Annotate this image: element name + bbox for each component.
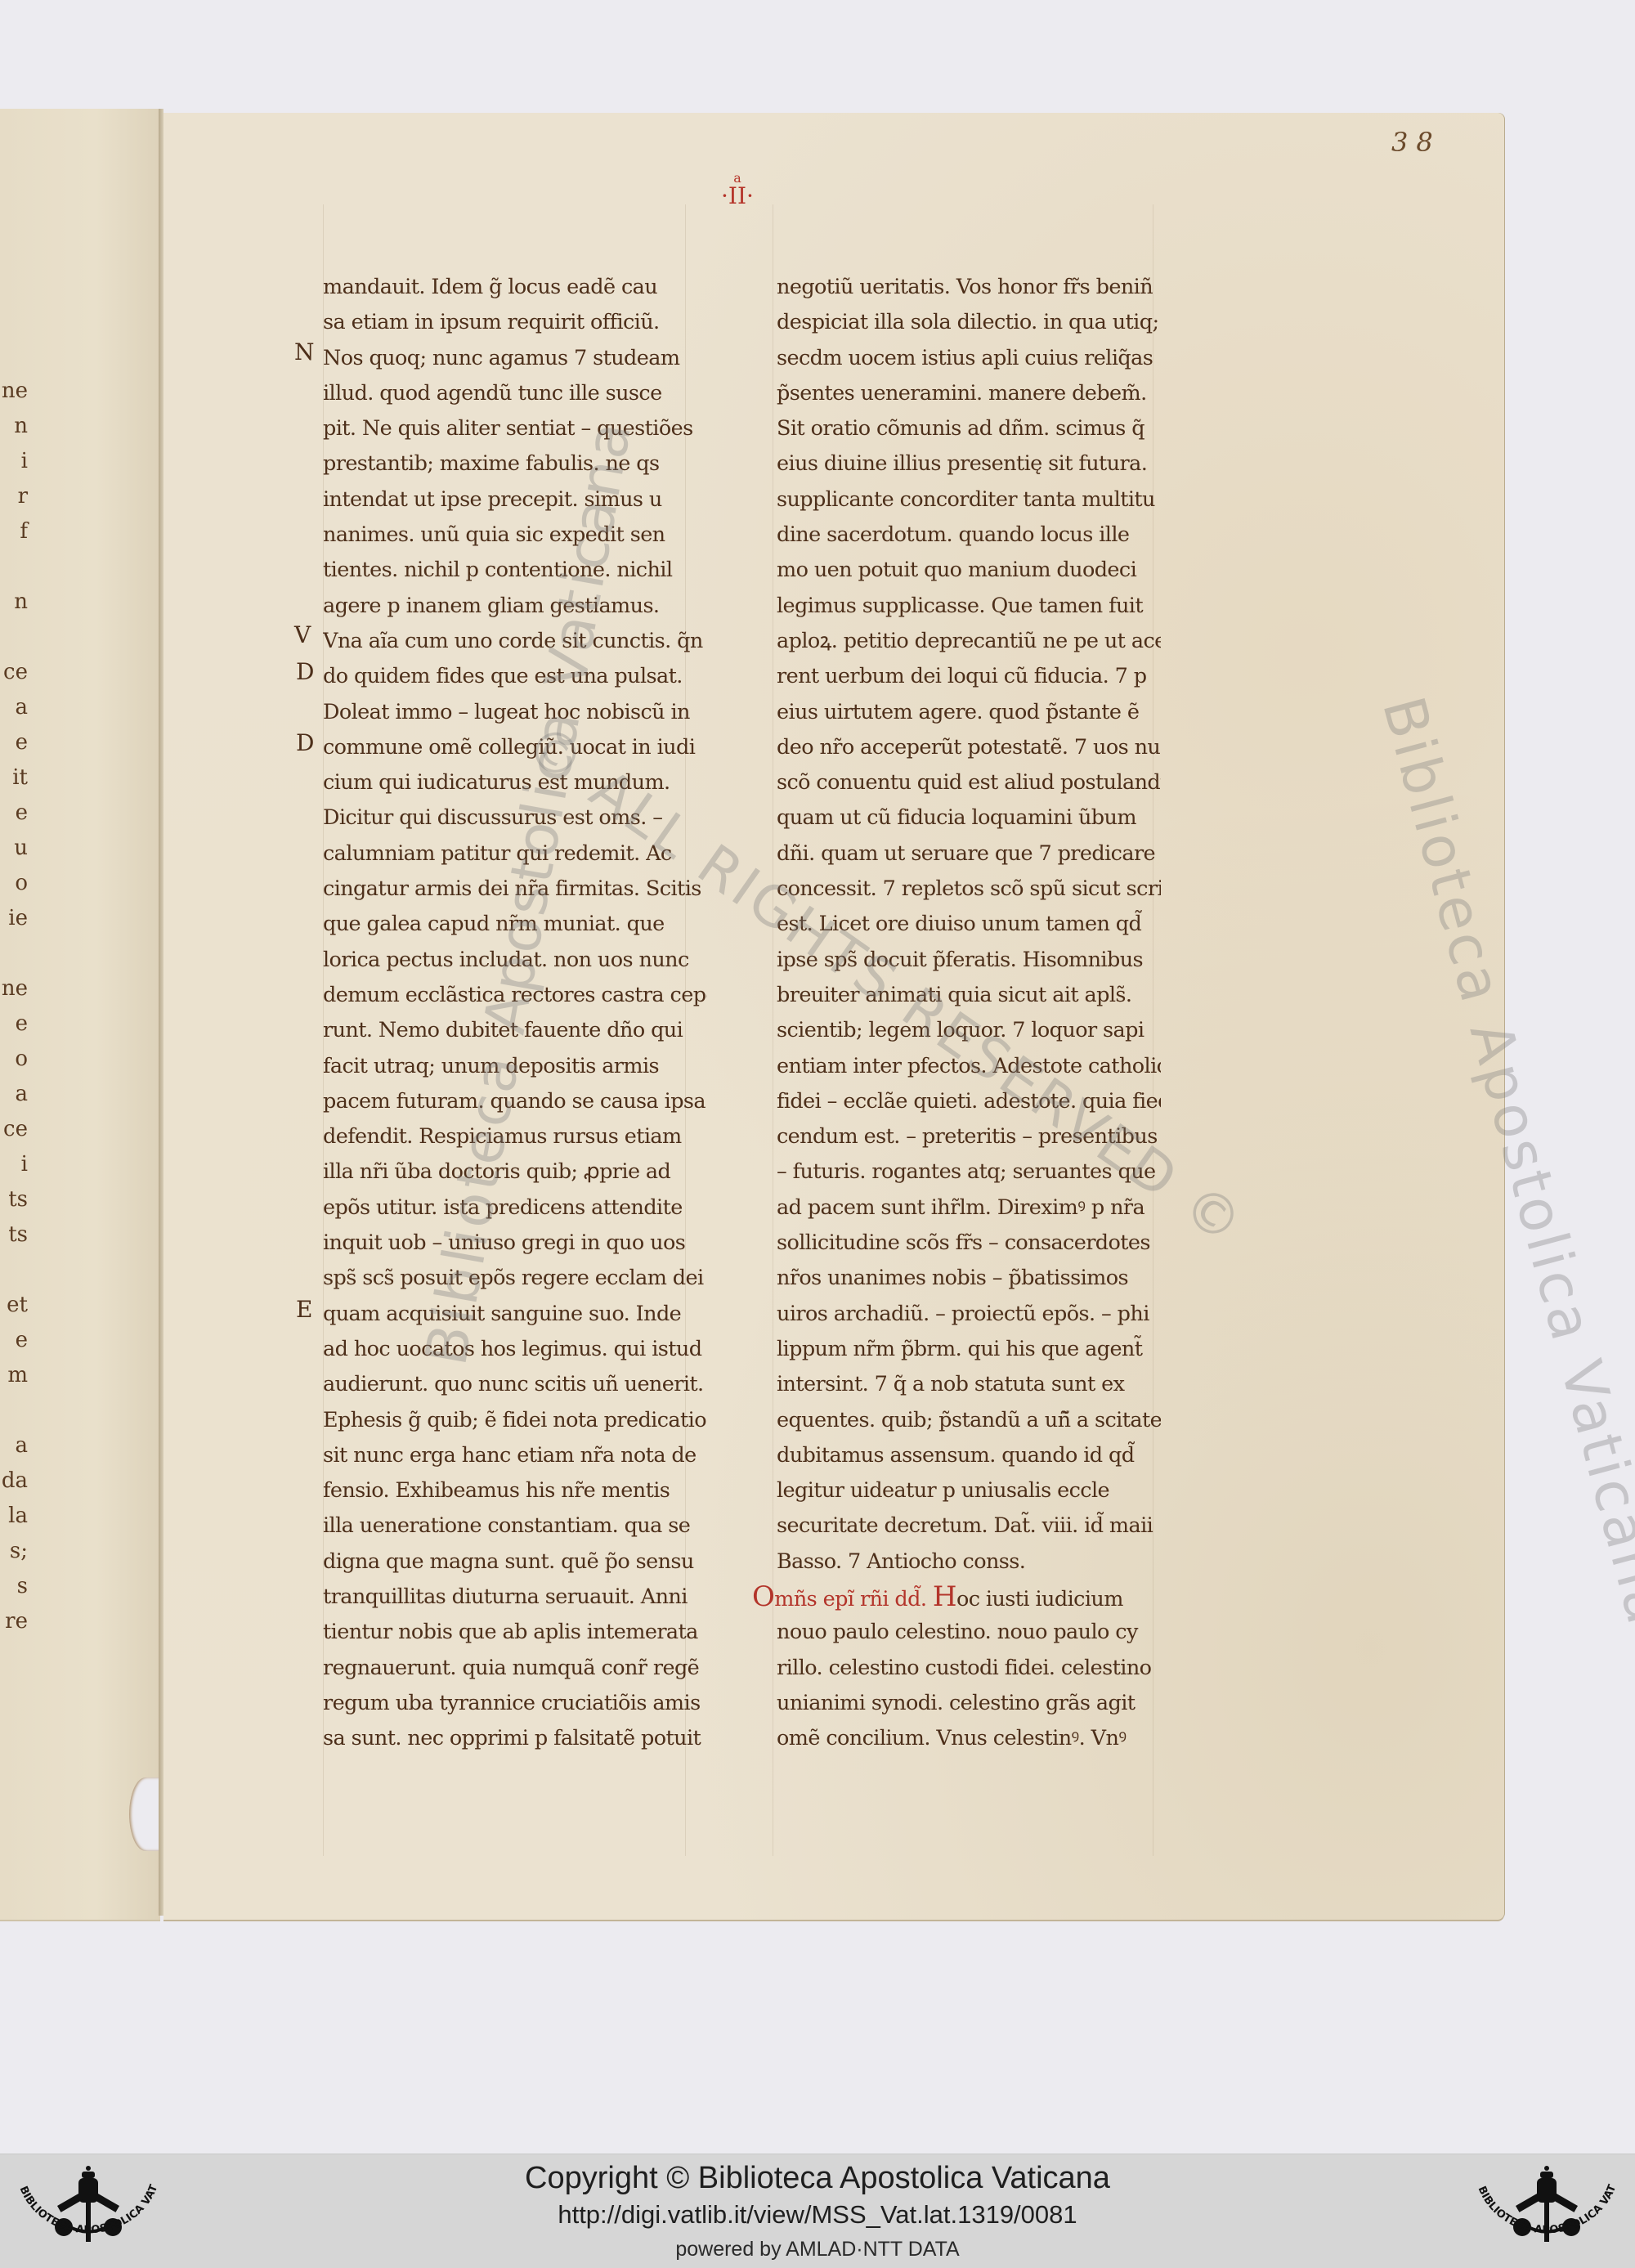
manuscript-line: dine sacerdotum. quando locus ille — [777, 518, 1161, 553]
verso-fragment: i — [0, 1152, 33, 1187]
verso-fragment: a — [0, 695, 33, 730]
folio-number: 38 — [1391, 127, 1441, 158]
running-head: a ·II· — [713, 172, 762, 208]
verso-fragment: o — [0, 1047, 33, 1082]
running-head-numeral: ·II· — [713, 185, 762, 208]
manuscript-line: mo uen potuit quo manium duodeci — [777, 553, 1161, 588]
manuscript-line: inquit uob – uniuso gregi in quo uos — [323, 1226, 707, 1261]
verso-fragment: re — [0, 1609, 33, 1644]
manuscript-line: Ephesis g̃ quib; ẽ fidei nota predicatio… — [323, 1403, 707, 1438]
margin-initial: E — [296, 1296, 312, 1323]
manuscript-line: scõ conuentu quid est aliud postulandũ — [777, 765, 1161, 800]
vatican-library-logo-icon: BIBLIOTECA APOSTOLICA VATICANA — [7, 2160, 170, 2263]
verso-fragment: s; — [0, 1539, 33, 1574]
verso-fragment — [0, 554, 33, 589]
manuscript-line: p̃sentes ueneramini. manere debem̃. — [777, 376, 1161, 411]
manuscript-line: legitur uideatur p uniusalis eccle — [777, 1473, 1161, 1508]
manuscript-line: Vna aĩa cum uno corde sit cunctis. q̃n — [323, 624, 707, 659]
manuscript-line: sa sunt. nec opprimi p falsitatẽ potuit — [323, 1721, 707, 1756]
manuscript-line: digna que magna sunt. quẽ p̃o sensu — [323, 1544, 707, 1580]
manuscript-line: sollicitudine scõs fr̃s – consacerdotes — [777, 1226, 1161, 1261]
manuscript-line: nouo paulo celestino. nouo paulo cy — [777, 1615, 1161, 1650]
verso-fragment: da — [0, 1468, 33, 1504]
verso-fragment: e — [0, 1011, 33, 1047]
manuscript-line: dubitamus assensum. quando id qd̃ — [777, 1438, 1161, 1473]
verso-fragment: e — [0, 730, 33, 765]
verso-fragment: ne — [0, 379, 33, 414]
manuscript-line: illud. quod agendũ tunc ille susce — [323, 376, 707, 411]
verso-fragment: i — [0, 449, 33, 484]
manuscript-line: sa etiam in ipsum requirit officiũ. — [323, 305, 707, 340]
verso-fragment — [0, 1398, 33, 1433]
margin-initial: V — [294, 621, 311, 648]
verso-fragment: r — [0, 484, 33, 519]
manuscript-line: nr̃os unanimes nobis – p̃batissimos — [777, 1261, 1161, 1296]
manuscript-line: Nos quoq; nunc agamus 7 studeam — [323, 341, 707, 376]
manuscript-line: legimus supplicasse. Que tamen fuit — [777, 589, 1161, 624]
verso-fragment: ce — [0, 660, 33, 695]
manuscript-line: epõs utitur. ista predicens attendite — [323, 1190, 707, 1226]
margin-initial: D — [296, 658, 314, 685]
manuscript-line: securitate decretum. Dat̃. viii. id̃ mai… — [777, 1508, 1161, 1544]
verso-page-edge: nenirfnceaeiteuoieneeoaceitstsetemadalas… — [0, 109, 160, 1921]
manuscript-line: negotiũ ueritatis. Vos honor fr̃s beniñ — [777, 270, 1161, 305]
verso-fragment: m — [0, 1363, 33, 1398]
verso-fragment: et — [0, 1293, 33, 1328]
manuscript-line: mandauit. Idem g̃ locus eadẽ cau — [323, 270, 707, 305]
manuscript-line: supplicante concorditer tanta multitu — [777, 482, 1161, 518]
manuscript-line: audierunt. quo nunc scitis uñ uenerit. — [323, 1367, 707, 1402]
margin-initial: D — [296, 729, 314, 756]
manuscript-line: ad hoc uocatos hos legimus. qui istud — [323, 1332, 707, 1367]
verso-fragment: s — [0, 1574, 33, 1609]
manuscript-line: equentes. quib; p̃standũ a uñ̃ a scitate… — [777, 1403, 1161, 1438]
manuscript-line: sit nunc erga hanc etiam nr̃a nota de — [323, 1438, 707, 1473]
manuscript-line: do quidem fides que est una pulsat. — [323, 659, 707, 694]
manuscript-line: unianimi synodi. celestino grãs agit — [777, 1686, 1161, 1721]
manuscript-line: pit. Ne quis aliter sentiat – questiões — [323, 411, 707, 446]
manuscript-line: lippum nr̃m p̃brm. qui his que agent̃ — [777, 1332, 1161, 1367]
verso-fragment: n — [0, 589, 33, 625]
manuscript-line: illa ueneratione constantiam. qua se — [323, 1508, 707, 1544]
manuscript-line: eius diuine illius presentię sit futura. — [777, 446, 1161, 482]
manuscript-line: despiciat illa sola dilectio. in qua uti… — [777, 305, 1161, 340]
verso-fragment: ie — [0, 906, 33, 941]
rubric-initial: O — [752, 1580, 774, 1613]
manuscript-line: Sit oratio cõmunis ad dñm. scimus q̃ — [777, 411, 1161, 446]
rubric-text: oc iusti iudicium — [956, 1587, 1123, 1611]
manuscript-line: Doleat immo – lugeat hoc nobiscũ in — [323, 695, 707, 730]
verso-fragment: f — [0, 519, 33, 554]
verso-fragment: it — [0, 765, 33, 800]
manuscript-line: intersint. 7 q̃ a nob statuta sunt ex — [777, 1367, 1161, 1402]
manuscript-line: omẽ concilium. Vnus celestinꝰ. Vnꝰ — [777, 1721, 1161, 1756]
manuscript-line: deo nr̃o acceperũt potestatẽ. 7 uos nunc — [777, 730, 1161, 765]
manuscript-line: ad pacem sunt ihr̃lm. Direximꝰ p nr̃a — [777, 1190, 1161, 1226]
manuscript-line: sps̃ scs̃ posuit epõs regere ecclam dei — [323, 1261, 707, 1296]
margin-initial: N — [294, 338, 315, 365]
manuscript-line: dñi. quam ut seruare que 7 predicare — [777, 836, 1161, 872]
manuscript-line: fensio. Exhibeamus his nr̃e mentis — [323, 1473, 707, 1508]
rubric-label: mñs epĩ rñi dd̃. — [774, 1587, 926, 1611]
verso-fragment: ts — [0, 1222, 33, 1257]
manuscript-line: regnauerunt. quia numquã conr̃ regẽ — [323, 1651, 707, 1686]
manuscript-line: concessit. 7 repletos scõ spũ sicut scri… — [777, 872, 1161, 907]
footer-powered-by: powered by AMLAD·NTT DATA — [0, 2238, 1635, 2261]
verso-fragment: o — [0, 871, 33, 906]
vatican-library-logo-icon: BIBLIOTECA APOSTOLICA VATICANA — [1465, 2160, 1628, 2263]
manuscript-line: prestantib; maxime fabulis. ne qs — [323, 446, 707, 482]
manuscript-line: tranquillitas diuturna seruauit. Anni — [323, 1580, 707, 1615]
verso-fragment: ne — [0, 976, 33, 1011]
manuscript-line: quam ut cũ fiducia loquamini ũbum — [777, 800, 1161, 836]
manuscript-line: secdm uocem istius apli cuius reliq̃as — [777, 341, 1161, 376]
verso-fragment: u — [0, 836, 33, 871]
verso-fragment: e — [0, 1328, 33, 1363]
verso-fragment: n — [0, 414, 33, 449]
rubric-line: Omñs epĩ rñi dd̃. Hoc iusti iudicium — [752, 1580, 1161, 1615]
manuscript-line: tientes. nichil p contentione. nichil — [323, 553, 707, 588]
verso-fragment: e — [0, 800, 33, 836]
verso-fragment: ce — [0, 1117, 33, 1152]
manuscript-line: aploꝝ. petitio deprecantiũ ne pe ut acep… — [777, 624, 1161, 659]
manuscript-line: nanimes. unũ quia sic expedit sen — [323, 518, 707, 553]
verso-fragment: ts — [0, 1187, 33, 1222]
verso-text-fragments: nenirfnceaeiteuoieneeoaceitstsetemadalas… — [0, 379, 33, 1644]
manuscript-line: rent uerbum dei loqui cũ fiducia. 7 p — [777, 659, 1161, 694]
footer-bar: Copyright © Biblioteca Apostolica Vatica… — [0, 2154, 1635, 2268]
manuscript-line: uiros archadiũ. – proiectũ epõs. – phi — [777, 1297, 1161, 1332]
manuscript-line: Basso. 7 Antiocho conss. — [777, 1544, 1161, 1580]
verso-fragment — [0, 625, 33, 660]
verso-fragment — [0, 941, 33, 976]
manuscript-line: eius uirtutem agere. quod p̃stante ẽ — [777, 695, 1161, 730]
manuscript-line: agere p inanem gliam gestiamus. — [323, 589, 707, 624]
parchment-hole — [129, 1777, 162, 1851]
manuscript-line: tientur nobis que ab aplis intemerata — [323, 1615, 707, 1650]
text-initial: H — [933, 1580, 956, 1613]
verso-fragment: a — [0, 1433, 33, 1468]
verso-fragment — [0, 1257, 33, 1293]
manuscript-line: regum uba tyrannice cruciatiõis amis — [323, 1686, 707, 1721]
manuscript-line: quam acquisiuit sanguine suo. Inde — [323, 1297, 707, 1332]
verso-fragment: la — [0, 1504, 33, 1539]
verso-fragment: a — [0, 1082, 33, 1117]
manuscript-scan: nenirfnceaeiteuoieneeoaceitstsetemadalas… — [0, 0, 1635, 2154]
manuscript-line: rillo. celestino custodi fidei. celestin… — [777, 1651, 1161, 1686]
footer-copyright: Copyright © Biblioteca Apostolica Vatica… — [0, 2161, 1635, 2196]
manuscript-line: intendat ut ipse precepit. simus u — [323, 482, 707, 518]
footer-url[interactable]: http://digi.vatlib.it/view/MSS_Vat.lat.1… — [0, 2200, 1635, 2230]
